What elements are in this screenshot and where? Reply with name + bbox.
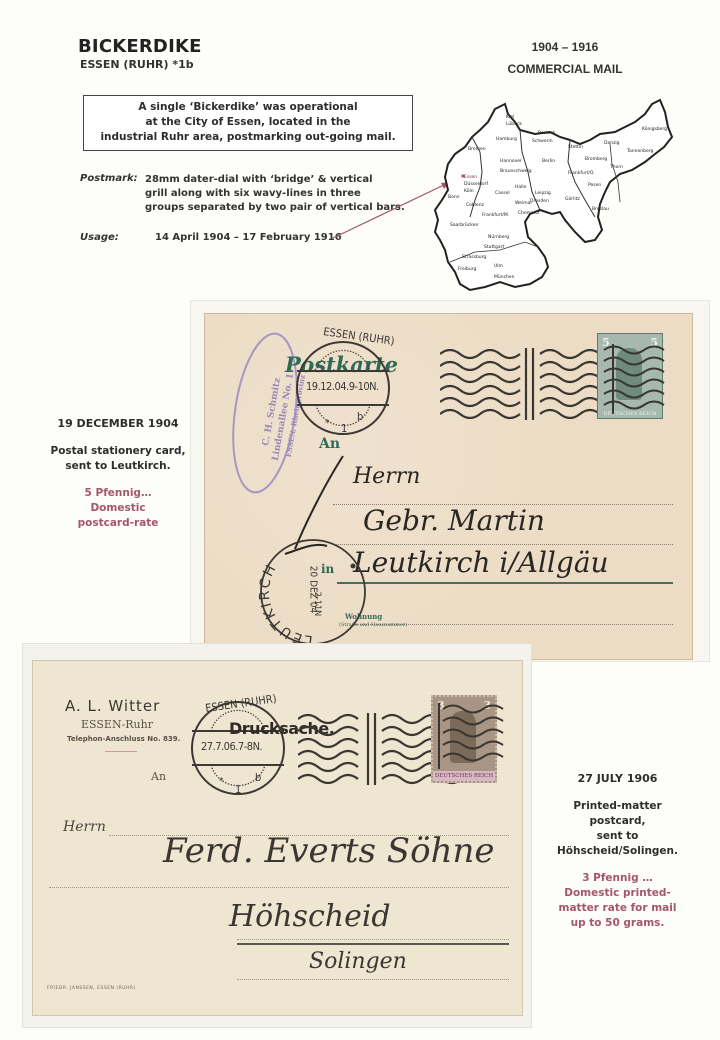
german-empire-map: KielLübeck RostockSchwerin HamburgBremen…	[420, 92, 710, 302]
address-city: Solingen	[309, 949, 407, 974]
cancel-date: 19.12.04.9-10N.	[306, 380, 379, 393]
svg-text:Dresden: Dresden	[530, 198, 549, 204]
svg-text:Rostock: Rostock	[538, 130, 556, 136]
printer-imprint: FRIEDR. JANSSEN, ESSEN (RUHR)	[47, 986, 136, 991]
postcard-1906: A. L. Witter ESSEN-Ruhr Telephon-Anschlu…	[32, 660, 523, 1016]
svg-text:Bromberg: Bromberg	[585, 156, 607, 162]
intro-line: at the City of Essen, located in the	[84, 115, 412, 130]
svg-text:Frankfurt/M.: Frankfurt/M.	[482, 212, 509, 218]
arrival-day: 20	[308, 566, 319, 577]
svg-text:Saarbrücken: Saarbrücken	[450, 222, 478, 228]
postmark-line: grill along with six wavy-lines in three	[145, 187, 415, 201]
address-line-3	[337, 582, 673, 584]
intro-line: A single ‘Bickerdike’ was operational	[84, 100, 412, 115]
herrn-label: Herrn	[63, 819, 106, 835]
address-addressee: Gebr. Martin	[363, 504, 545, 537]
svg-text:Breslau: Breslau	[592, 206, 609, 212]
rate-line: 3 Pfennig …	[525, 871, 710, 886]
rate-line: matter rate for mail	[525, 901, 710, 916]
address-line-2	[49, 887, 509, 888]
svg-text:Köln: Köln	[464, 188, 474, 194]
address-town: Leutkirch i/Allgäu	[353, 546, 609, 579]
svg-text:Halle: Halle	[515, 184, 527, 190]
cancel-star: *	[219, 776, 224, 787]
address-line-4	[237, 979, 509, 980]
svg-text:Tannenberg: Tannenberg	[626, 148, 653, 154]
svg-text:Coblenz: Coblenz	[466, 202, 485, 208]
caption-line: Postal stationery card,	[28, 444, 208, 459]
svg-text:Frankfurt/O.: Frankfurt/O.	[568, 170, 595, 176]
postmark-line: 28mm dater-dial with ‘bridge’ & vertical	[145, 173, 415, 187]
svg-text:Posen: Posen	[588, 182, 601, 188]
usage-label: Usage:	[80, 232, 119, 243]
rate-line: up to 50 grams.	[525, 916, 710, 931]
sender-name: A. L. Witter	[65, 697, 160, 715]
svg-text:Bonn: Bonn	[448, 194, 460, 200]
postmark-label: Postmark:	[80, 173, 138, 184]
svg-text:Schwerin: Schwerin	[532, 138, 553, 144]
svg-text:Berlin: Berlin	[542, 158, 555, 164]
address-underline	[237, 943, 509, 945]
usage-dates: 14 April 1904 – 17 February 1916	[155, 232, 342, 243]
rate-line: postcard-rate	[28, 516, 208, 531]
cancel-letter: b	[357, 410, 363, 423]
postmark-description: 28mm dater-dial with ‘bridge’ & vertical…	[145, 173, 415, 215]
stamp-wavy-cancel-icon	[600, 344, 680, 414]
svg-text:Stuttgart: Stuttgart	[484, 244, 504, 250]
intro-line: industrial Ruhr area, postmarking out-go…	[84, 130, 412, 145]
cancel-letter: b	[255, 771, 261, 784]
caption-line: sent to	[525, 829, 710, 844]
svg-text:Freiburg: Freiburg	[458, 266, 477, 272]
svg-text:Nürnberg: Nürnberg	[488, 234, 509, 240]
exhibit-subtitle: ESSEN (RUHR) *1b	[80, 58, 194, 71]
an-label: An	[319, 436, 340, 452]
cancel-number: 1	[235, 783, 241, 796]
caption-line: Höhscheid/Solingen.	[525, 844, 710, 859]
svg-text:Lübeck: Lübeck	[506, 121, 522, 127]
svg-text:Düsseldorf: Düsseldorf	[464, 181, 488, 187]
svg-text:Danzig: Danzig	[604, 140, 620, 146]
svg-text:Görlitz: Görlitz	[565, 196, 580, 202]
cover1-description: Postal stationery card, sent to Leutkirc…	[28, 444, 208, 474]
caption-line: Printed-matter	[525, 799, 710, 814]
rate-line: Domestic printed-	[525, 886, 710, 901]
rate-line: 5 Pfennig…	[28, 486, 208, 501]
cover2-date: 27 JULY 1906	[525, 771, 710, 786]
svg-text:Chemnitz: Chemnitz	[518, 210, 540, 216]
cover2-caption: 27 JULY 1906 Printed-matter postcard, se…	[525, 771, 710, 931]
exhibit-title: BICKERDIKE	[78, 36, 202, 57]
arrival-town: LEUTKIRCH	[257, 561, 313, 648]
sender-city: ESSEN-Ruhr	[81, 718, 153, 731]
address-line-2	[333, 544, 673, 545]
address-line-3	[237, 939, 509, 940]
postmark-line: groups separated by two pair of vertical…	[145, 201, 415, 215]
svg-text:Essen: Essen	[464, 174, 477, 180]
svg-text:Königsberg: Königsberg	[642, 126, 667, 132]
stamp-country: DEUTSCHES REICH	[433, 771, 495, 781]
svg-text:Leipzig: Leipzig	[535, 190, 551, 196]
svg-text:Ulm: Ulm	[494, 263, 503, 269]
cover1-rate: 5 Pfennig… Domestic postcard-rate	[28, 486, 208, 531]
exhibit-category: COMMERCIAL MAIL	[480, 62, 650, 76]
svg-text:München: München	[494, 274, 515, 280]
cover2-description: Printed-matter postcard, sent to Höhsche…	[525, 799, 710, 859]
caption-line: sent to Leutkirch.	[28, 459, 208, 474]
svg-text:Stettin: Stettin	[568, 144, 583, 150]
svg-text:Bremen: Bremen	[468, 146, 486, 152]
cancel-star: *	[325, 418, 330, 429]
cancel-date: 27.7.06.7-8N.	[201, 740, 262, 753]
postcard-1904: C. H. Schmitz Lindenallee No. 17 ESSEN, …	[204, 313, 693, 660]
exhibit-years: 1904 – 1916	[505, 40, 625, 54]
svg-text:Cassel: Cassel	[495, 190, 510, 196]
rate-line: Domestic	[28, 501, 208, 516]
svg-text:Hannover: Hannover	[500, 158, 522, 164]
cover1-caption: 19 DECEMBER 1904 Postal stationery card,…	[28, 416, 208, 531]
sender-phone: Telephon-Anschluss No. 839.	[67, 735, 180, 743]
intro-box: A single ‘Bickerdike’ was operational at…	[83, 95, 413, 151]
svg-text:Strassburg: Strassburg	[462, 254, 486, 260]
divider-rule	[105, 751, 137, 752]
svg-text:Braunschweig: Braunschweig	[500, 168, 532, 174]
svg-text:LEUTKIRCH: LEUTKIRCH	[257, 561, 313, 648]
address-herrn: Herrn	[353, 464, 420, 489]
svg-text:Hamburg: Hamburg	[496, 136, 517, 142]
svg-text:Kiel: Kiel	[506, 114, 514, 120]
arrival-time: 2-11N	[312, 592, 322, 616]
address-town: Höhscheid	[229, 899, 391, 934]
cover2-rate: 3 Pfennig … Domestic printed- matter rat…	[525, 871, 710, 931]
cancel-number: 1	[341, 422, 347, 435]
stamp-wavy-cancel-icon	[429, 701, 509, 771]
address-addressee: Ferd. Everts Söhne	[163, 831, 494, 871]
caption-line: postcard,	[525, 814, 710, 829]
svg-text:Thorn: Thorn	[609, 164, 623, 170]
an-label: An	[151, 770, 166, 783]
cover1-date: 19 DECEMBER 1904	[28, 416, 208, 431]
